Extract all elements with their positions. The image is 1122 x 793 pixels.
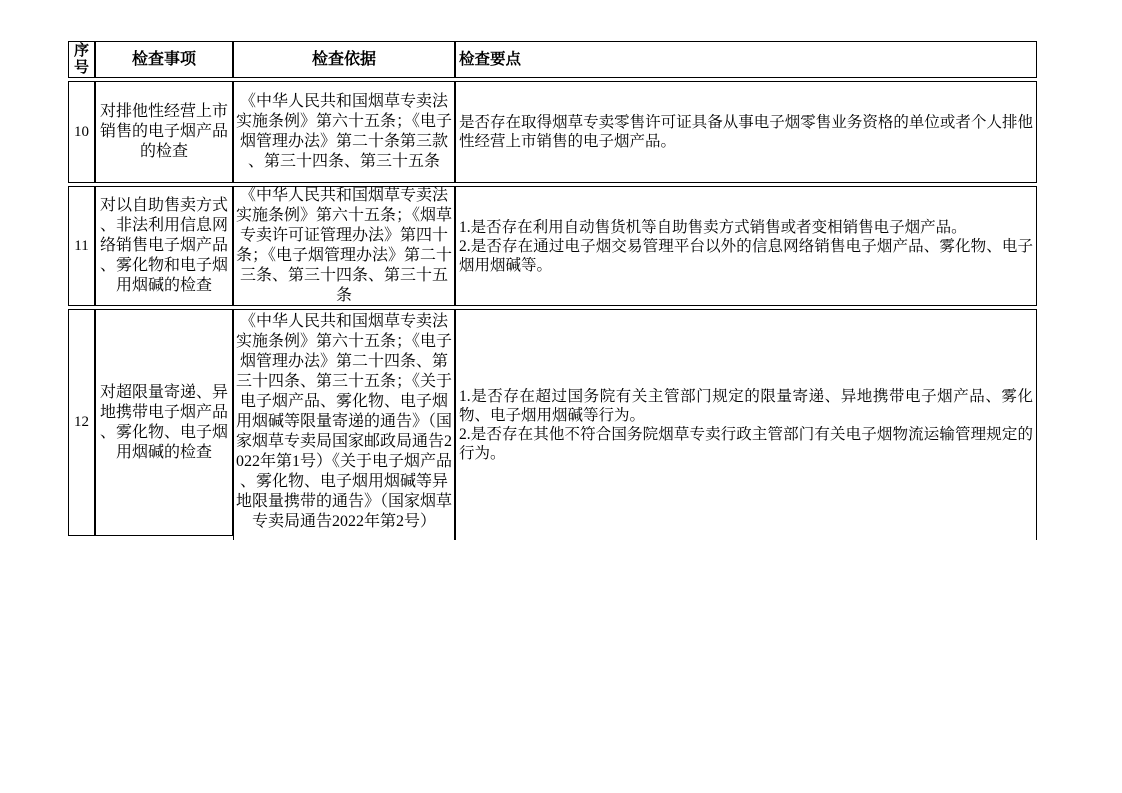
header-cell-inspection-item: 检查事项: [95, 41, 233, 78]
inspection-item-text: 对以自助售卖方式、非法利用信息网络销售电子烟产品、雾化物和电子烟用烟碱的检查: [96, 196, 232, 296]
header-label-inspection-item: 检查事项: [131, 50, 197, 70]
table-row-12: 12 对超限量寄递、异地携带电子烟产品、雾化物、电子烟用烟碱的检查 《中华人民共…: [68, 309, 1037, 540]
header-cell-inspection-points: 检查要点: [455, 41, 1037, 78]
table-row-11: 11 对以自助售卖方式、非法利用信息网络销售电子烟产品、雾化物和电子烟用烟碱的检…: [68, 186, 1037, 306]
table-row-10: 10 对排他性经营上市销售的电子烟产品的检查 《中华人民共和国烟草专卖法实施条例…: [68, 81, 1037, 183]
header-label-inspection-points: 检查要点: [456, 50, 1036, 69]
serial-number-text: 10: [74, 124, 89, 141]
document-page: 序号 检查事项 检查依据 检查要点 10 对排他性经营上市销售的电子烟产品的检查…: [0, 0, 1122, 793]
inspection-table: 序号 检查事项 检查依据 检查要点 10 对排他性经营上市销售的电子烟产品的检查…: [68, 41, 1037, 540]
table-header-row: 序号 检查事项 检查依据 检查要点: [68, 41, 1037, 78]
cell-serial-number: 12: [68, 309, 95, 536]
header-cell-inspection-basis: 检查依据: [233, 41, 455, 78]
cell-inspection-points: 1.是否存在超过国务院有关主管部门规定的限量寄递、异地携带电子烟产品、雾化物、电…: [455, 309, 1037, 540]
inspection-item-text: 对超限量寄递、异地携带电子烟产品、雾化物、电子烟用烟碱的检查: [96, 383, 232, 463]
serial-number-text: 11: [74, 238, 88, 255]
header-cell-serial-number: 序号: [68, 41, 95, 78]
inspection-basis-text: 《中华人民共和国烟草专卖法实施条例》第六十五条；《电子烟管理办法》第二十条第三款…: [234, 92, 454, 172]
inspection-points-text: 1.是否存在超过国务院有关主管部门规定的限量寄递、异地携带电子烟产品、雾化物、电…: [456, 387, 1036, 463]
cell-inspection-basis: 《中华人民共和国烟草专卖法实施条例》第六十五条；《电子烟管理办法》第二十四条、第…: [233, 309, 455, 540]
cell-inspection-points: 1.是否存在利用自动售货机等自助售卖方式销售或者变相销售电子烟产品。 2.是否存…: [455, 186, 1037, 306]
header-label-inspection-basis: 检查依据: [311, 50, 377, 70]
cell-inspection-item: 对超限量寄递、异地携带电子烟产品、雾化物、电子烟用烟碱的检查: [95, 309, 233, 536]
cell-inspection-item: 对排他性经营上市销售的电子烟产品的检查: [95, 81, 233, 183]
cell-inspection-basis: 《中华人民共和国烟草专卖法实施条例》第六十五条；《电子烟管理办法》第二十条第三款…: [233, 81, 455, 183]
cell-serial-number: 10: [68, 81, 95, 183]
inspection-item-text: 对排他性经营上市销售的电子烟产品的检查: [96, 102, 232, 162]
header-label-serial-number: 序号: [70, 43, 93, 77]
serial-number-text: 12: [74, 414, 89, 431]
inspection-points-text: 1.是否存在利用自动售货机等自助售卖方式销售或者变相销售电子烟产品。 2.是否存…: [456, 218, 1036, 275]
inspection-basis-text: 《中华人民共和国烟草专卖法实施条例》第六十五条；《电子烟管理办法》第二十四条、第…: [234, 312, 454, 532]
cell-inspection-points: 是否存在取得烟草专卖零售许可证具备从事电子烟零售业务资格的单位或者个人排他性经营…: [455, 81, 1037, 183]
cell-inspection-basis: 《中华人民共和国烟草专卖法实施条例》第六十五条；《烟草专卖许可证管理办法》第四十…: [233, 186, 455, 306]
cell-serial-number: 11: [68, 186, 95, 306]
inspection-points-text: 是否存在取得烟草专卖零售许可证具备从事电子烟零售业务资格的单位或者个人排他性经营…: [456, 113, 1036, 151]
cell-inspection-item: 对以自助售卖方式、非法利用信息网络销售电子烟产品、雾化物和电子烟用烟碱的检查: [95, 186, 233, 306]
inspection-basis-text: 《中华人民共和国烟草专卖法实施条例》第六十五条；《烟草专卖许可证管理办法》第四十…: [234, 186, 454, 306]
